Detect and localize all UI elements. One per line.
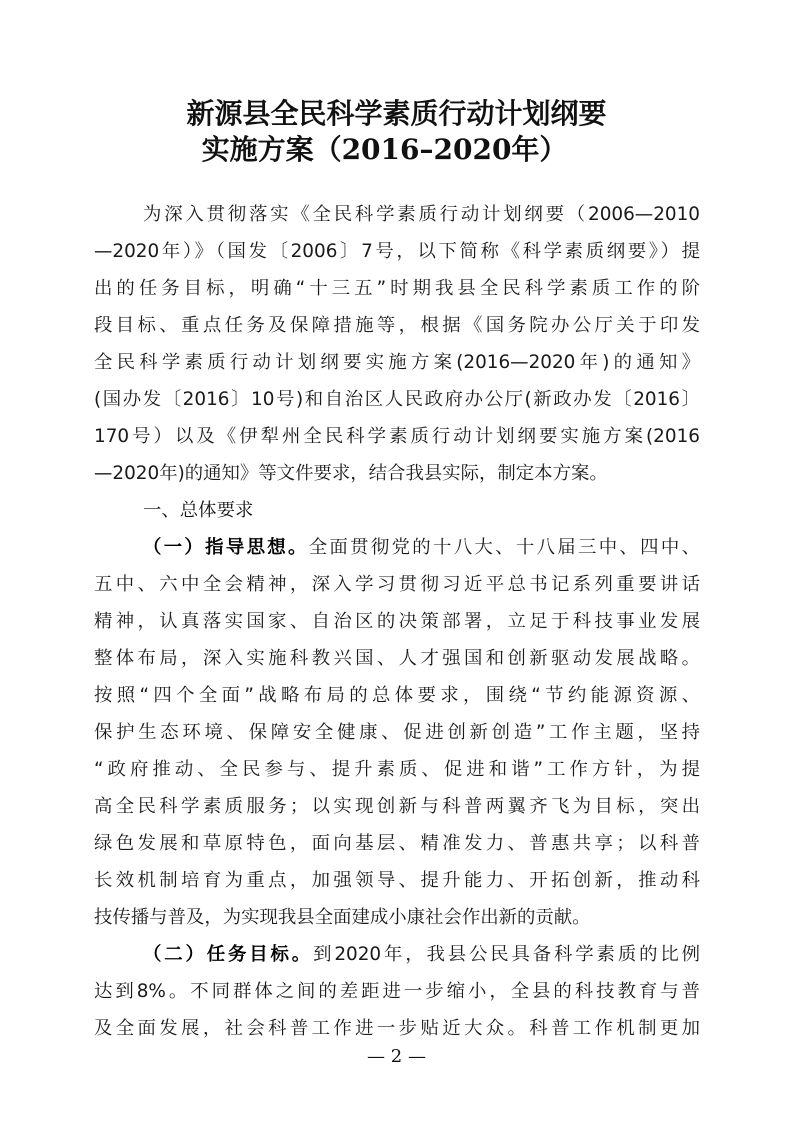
subsection-text: 到2020年，我县公民具备科学素质的比例 (313, 944, 700, 965)
document-title-line-2: 实施方案（2016–2020年） (0, 132, 781, 168)
body-line: 绿色发展和草原特色，面向基层、精准发力、普惠共享；以科普 (94, 829, 700, 859)
body-line: 整体布局，深入实施科教兴国、人才强国和创新驱动发展战略。 (94, 644, 700, 674)
intro-line: 170号）以及《伊犁州全民科学素质行动计划纲要实施方案(2016 (94, 422, 700, 452)
body-line: 精神，认真落实国家、自治区的决策部署，立足于科技事业发展 (94, 607, 700, 637)
intro-line: 全民科学素质行动计划纲要实施方案(2016—2020年)的通知》 (94, 348, 700, 378)
intro-line: 为深入贯彻落实《全民科学素质行动计划纲要（2006—2010 (143, 200, 700, 230)
body-line: 长效机制培育为重点，加强领导、提升能力、开拓创新，推动科 (94, 866, 700, 896)
document-page: 新源县全民科学素质行动计划纲要 实施方案（2016–2020年） 为深入贯彻落实… (0, 0, 793, 1122)
body-line: 五中、六中全会精神，深入学习贯彻习近平总书记系列重要讲话 (94, 570, 700, 600)
section-heading: 一、总体要求 (143, 496, 253, 526)
intro-line: —2020年)的通知》等文件要求，结合我县实际，制定本方案。 (94, 459, 700, 489)
subsection-label: （一）指导思想。 (143, 537, 309, 558)
intro-line: (国办发〔2016〕10号)和自治区人民政府办公厅(新政办发〔2016〕 (94, 385, 700, 415)
subsection-first-line: （二）任务目标。到2020年，我县公民具备科学素质的比例 (143, 940, 700, 970)
body-line: 达到8%。不同群体之间的差距进一步缩小，全县的科技教育与普 (94, 977, 700, 1007)
intro-line: 段目标、重点任务及保障措施等，根据《国务院办公厅关于印发 (94, 311, 700, 341)
subsection-first-line: （一）指导思想。全面贯彻党的十八大、十八届三中、四中、 (143, 533, 700, 563)
body-line: “政府推动、全民参与、提升素质、促进和谐”工作方针，为提 (94, 755, 700, 785)
page-number: — 2 — (0, 1042, 793, 1072)
intro-line: —2020年）》（国发〔2006〕7号，以下简称《科学素质纲要》）提 (94, 237, 700, 267)
body-line: 及全面发展，社会科普工作进一步贴近大众。科普工作机制更加 (94, 1014, 700, 1044)
intro-line: 出的任务目标，明确“十三五”时期我县全民科学素质工作的阶 (94, 274, 700, 304)
subsection-label: （二）任务目标。 (143, 944, 313, 965)
body-line: 高全民科学素质服务；以实现创新与科普两翼齐飞为目标，突出 (94, 792, 700, 822)
body-line: 保护生态环境、保障安全健康、促进创新创造”工作主题，坚持 (94, 718, 700, 748)
body-line: 按照“四个全面”战略布局的总体要求，围绕“节约能源资源、 (94, 681, 700, 711)
document-title-line-1: 新源县全民科学素质行动计划纲要 (0, 96, 793, 132)
subsection-text: 全面贯彻党的十八大、十八届三中、四中、 (309, 537, 700, 558)
body-line: 技传播与普及，为实现我县全面建成小康社会作出新的贡献。 (94, 903, 700, 933)
